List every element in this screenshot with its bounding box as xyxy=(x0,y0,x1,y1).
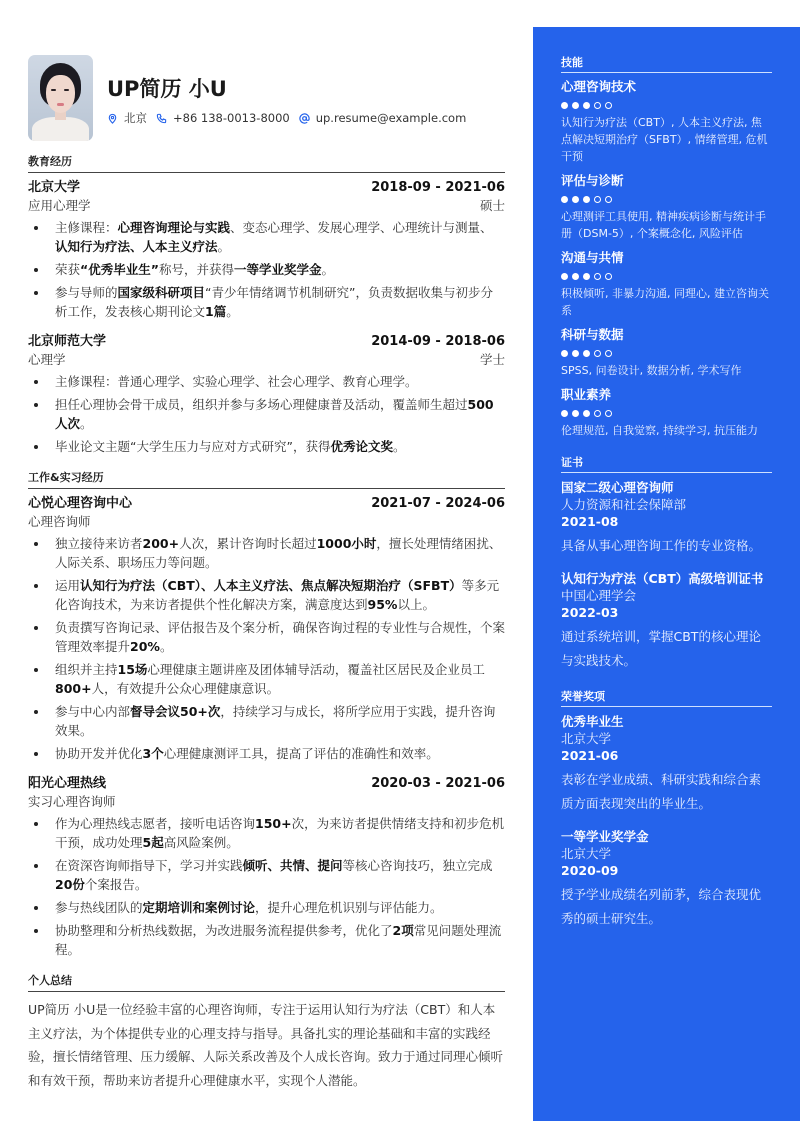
highlight-text: 2项 xyxy=(393,923,414,938)
item-description: 授予学业成绩名列前茅，综合表现优秀的硕士研究生。 xyxy=(561,883,772,931)
skill-name: 沟通与共情 xyxy=(561,249,772,267)
map-pin-icon xyxy=(107,113,118,124)
bullet-text: 荣获 xyxy=(55,262,80,277)
bullet-item: 作为心理热线志愿者，接听电话咨询150+次，为来访者提供情绪支持和初步危机干预，… xyxy=(28,814,505,852)
skill-rating xyxy=(561,101,772,109)
bullet-text: 。 xyxy=(226,304,239,319)
certificate-item: 认知行为疗法（CBT）高级培训证书中国心理学会2022-03通过系统培训，掌握C… xyxy=(561,570,772,673)
filled-dot-icon xyxy=(572,273,579,280)
section-title: 技能 xyxy=(561,55,772,73)
bullet-list: 主修课程：心理咨询理论与实践、变态心理学、发展心理学、心理统计与测量、认知行为疗… xyxy=(28,218,505,321)
highlight-text: 800+ xyxy=(55,681,92,696)
filled-dot-icon xyxy=(561,196,568,203)
phone-icon xyxy=(156,113,167,124)
skill-keywords: 认知行为疗法（CBT）, 人本主义疗法, 焦点解决短期治疗（SFBT）, 情绪管… xyxy=(561,114,772,165)
filled-dot-icon xyxy=(583,102,590,109)
empty-dot-icon xyxy=(594,273,601,280)
bullet-item: 组织并主持15场心理健康主题讲座及团体辅导活动，覆盖社区居民及企业员工800+人… xyxy=(28,660,505,698)
filled-dot-icon xyxy=(572,102,579,109)
work-entry: 心悦心理咨询中心 2021-07 - 2024-06 心理咨询师 独立接待来访者… xyxy=(28,495,505,763)
section-title: 教育经历 xyxy=(28,154,505,173)
filled-dot-icon xyxy=(572,410,579,417)
skill-item: 心理咨询技术认知行为疗法（CBT）, 人本主义疗法, 焦点解决短期治疗（SFBT… xyxy=(561,78,772,165)
award-item: 一等学业奖学金北京大学2020-09授予学业成绩名列前茅，综合表现优秀的硕士研究… xyxy=(561,828,772,931)
location-text: 北京 xyxy=(124,110,147,126)
education-entry: 北京大学 2018-09 - 2021-06 应用心理学 硕士 主修课程：心理咨… xyxy=(28,179,505,321)
skill-item: 职业素养伦理规范, 自我觉察, 持续学习, 抗压能力 xyxy=(561,386,772,439)
filled-dot-icon xyxy=(583,196,590,203)
empty-dot-icon xyxy=(605,196,612,203)
date-range: 2018-09 - 2021-06 xyxy=(371,179,505,197)
bullet-item: 主修课程：心理咨询理论与实践、变态心理学、发展心理学、心理统计与测量、认知行为疗… xyxy=(28,218,505,256)
highlight-text: 5起 xyxy=(143,835,164,850)
skill-name: 科研与数据 xyxy=(561,326,772,344)
section-title: 个人总结 xyxy=(28,973,505,992)
school-name: 北京师范大学 xyxy=(28,333,106,351)
skill-rating xyxy=(561,409,772,417)
bullet-item: 主修课程：普通心理学、实验心理学、社会心理学、教育心理学。 xyxy=(28,372,505,391)
bullet-item: 在资深咨询师指导下，学习并实践倾听、共情、提问等核心咨询技巧，独立完成20份个案… xyxy=(28,856,505,894)
skill-keywords: SPSS, 问卷设计, 数据分析, 学术写作 xyxy=(561,362,772,379)
contact-phone: +86 138-0013-8000 xyxy=(156,111,290,125)
empty-dot-icon xyxy=(594,350,601,357)
bullet-item: 毕业论文主题“大学生压力与应对方式研究”，获得优秀论文奖。 xyxy=(28,437,505,456)
bullet-text: 心理健康主题讲座及团体辅导活动，覆盖社区居民及企业员工 xyxy=(147,662,485,677)
skill-item: 沟通与共情积极倾听, 非暴力沟通, 同理心, 建立咨询关系 xyxy=(561,249,772,319)
highlight-text: 优秀论文奖 xyxy=(330,439,393,454)
highlight-text: 定期培训和案例讨论 xyxy=(143,900,256,915)
resume-header: UP简历 小U 北京 +86 138-0013-8000 up.resume@e… xyxy=(28,54,505,141)
bullet-item: 荣获“优秀毕业生”称号，并获得一等学业奖学金。 xyxy=(28,260,505,279)
main-column: UP简历 小U 北京 +86 138-0013-8000 up.resume@e… xyxy=(28,54,505,1092)
empty-dot-icon xyxy=(594,102,601,109)
bullet-text: 。 xyxy=(160,639,173,654)
skills-list: 心理咨询技术认知行为疗法（CBT）, 人本主义疗法, 焦点解决短期治疗（SFBT… xyxy=(561,78,772,439)
bullet-text: 。 xyxy=(218,239,231,254)
item-title: 一等学业奖学金 xyxy=(561,828,772,845)
bullet-text: 高风险案例。 xyxy=(164,835,239,850)
item-date: 2021-08 xyxy=(561,513,772,530)
bullet-item: 担任心理协会骨干成员，组织并参与多场心理健康普及活动，覆盖师生超过500人次。 xyxy=(28,395,505,433)
item-description: 通过系统培训，掌握CBT的核心理论与实践技术。 xyxy=(561,625,772,673)
item-title: 认知行为疗法（CBT）高级培训证书 xyxy=(561,570,772,587)
highlight-text: 150+ xyxy=(255,816,292,831)
skills-section: 技能 心理咨询技术认知行为疗法（CBT）, 人本主义疗法, 焦点解决短期治疗（S… xyxy=(561,55,772,439)
bullet-text: 心理健康测评工具，提高了评估的准确性和效率。 xyxy=(164,746,439,761)
awards-list: 优秀毕业生北京大学2021-06表彰在学业成绩、科研实践和综合素质方面表现突出的… xyxy=(561,713,772,931)
bullet-text: 等核心咨询技巧，独立完成 xyxy=(343,858,493,873)
bullet-list: 主修课程：普通心理学、实验心理学、社会心理学、教育心理学。担任心理协会骨干成员，… xyxy=(28,372,505,456)
bullet-text: 。 xyxy=(321,262,334,277)
bullet-text: 主修课程：普通心理学、实验心理学、社会心理学、教育心理学。 xyxy=(55,374,418,389)
sidebar: 技能 心理咨询技术认知行为疗法（CBT）, 人本主义疗法, 焦点解决短期治疗（S… xyxy=(533,27,800,1121)
filled-dot-icon xyxy=(572,350,579,357)
work-entry: 阳光心理热线 2020-03 - 2021-06 实习心理咨询师 作为心理热线志… xyxy=(28,775,505,959)
filled-dot-icon xyxy=(561,273,568,280)
bullet-text: 参与导师的 xyxy=(55,285,118,300)
filled-dot-icon xyxy=(572,196,579,203)
certificates-list: 国家二级心理咨询师人力资源和社会保障部2021-08具备从事心理咨询工作的专业资… xyxy=(561,479,772,673)
bullet-text: 组织并主持 xyxy=(55,662,118,677)
highlight-text: 20份 xyxy=(55,877,85,892)
bullet-text: 、变态心理学、发展心理学、心理统计与测量、 xyxy=(230,220,493,235)
empty-dot-icon xyxy=(605,410,612,417)
contact-email: up.resume@example.com xyxy=(299,111,467,125)
skill-item: 评估与诊断心理测评工具使用, 精神疾病诊断与统计手册（DSM-5）, 个案概念化… xyxy=(561,172,772,242)
highlight-text: 倾听、共情、提问 xyxy=(243,858,343,873)
bullet-text: 运用 xyxy=(55,578,80,593)
skill-name: 评估与诊断 xyxy=(561,172,772,190)
filled-dot-icon xyxy=(561,350,568,357)
skill-rating xyxy=(561,349,772,357)
bullet-item: 运用认知行为疗法（CBT）、人本主义疗法、焦点解决短期治疗（SFBT）等多元化咨… xyxy=(28,576,505,614)
work-section: 工作&实习经历 心悦心理咨询中心 2021-07 - 2024-06 心理咨询师… xyxy=(28,470,505,959)
skill-keywords: 伦理规范, 自我觉察, 持续学习, 抗压能力 xyxy=(561,422,772,439)
item-description: 具备从事心理咨询工作的专业资格。 xyxy=(561,534,772,558)
section-title: 荣誉奖项 xyxy=(561,689,772,707)
candidate-name: UP简历 小U xyxy=(107,75,475,103)
bullet-text: 毕业论文主题“大学生压力与应对方式研究”，获得 xyxy=(55,439,330,454)
empty-dot-icon xyxy=(605,350,612,357)
item-title: 国家二级心理咨询师 xyxy=(561,479,772,496)
identity-block: UP简历 小U 北京 +86 138-0013-8000 up.resume@e… xyxy=(107,69,475,126)
award-item: 优秀毕业生北京大学2021-06表彰在学业成绩、科研实践和综合素质方面表现突出的… xyxy=(561,713,772,816)
degree: 学士 xyxy=(480,351,505,368)
skill-name: 职业素养 xyxy=(561,386,772,404)
bullet-item: 参与中心内部督导会议50+次，持续学习与成长，将所学应用于实践，提升咨询效果。 xyxy=(28,702,505,740)
highlight-text: 督导会议50+次 xyxy=(130,704,220,719)
skill-item: 科研与数据SPSS, 问卷设计, 数据分析, 学术写作 xyxy=(561,326,772,379)
bullet-list: 独立接待来访者200+人次，累计咨询时长超过1000小时，擅长处理情绪困扰、人际… xyxy=(28,534,505,763)
issuer: 北京大学 xyxy=(561,845,772,862)
highlight-text: 认知行为疗法（CBT）、人本主义疗法、焦点解决短期治疗（SFBT） xyxy=(80,578,462,593)
bullet-item: 负责撰写咨询记录、评估报告及个案分析，确保咨询过程的专业性与合规性，个案管理效率… xyxy=(28,618,505,656)
education-entry: 北京师范大学 2014-09 - 2018-06 心理学 学士 主修课程：普通心… xyxy=(28,333,505,456)
major: 应用心理学 xyxy=(28,197,91,214)
bullet-item: 参与导师的国家级科研项目“青少年情绪调节机制研究”，负责数据收集与初步分析工作，… xyxy=(28,283,505,321)
education-section: 教育经历 北京大学 2018-09 - 2021-06 应用心理学 硕士 主修课… xyxy=(28,154,505,456)
empty-dot-icon xyxy=(605,273,612,280)
item-title: 优秀毕业生 xyxy=(561,713,772,730)
summary-section: 个人总结 UP简历 小U是一位经验丰富的心理咨询师，专注于运用认知行为疗法（CB… xyxy=(28,973,505,1092)
skill-rating xyxy=(561,195,772,203)
bullet-text: 负责撰写咨询记录、评估报告及个案分析，确保咨询过程的专业性与合规性，个案管理效率… xyxy=(55,620,505,654)
bullet-text: 人次，累计咨询时长超过 xyxy=(179,536,317,551)
school-name: 北京大学 xyxy=(28,179,80,197)
section-title: 工作&实习经历 xyxy=(28,470,505,489)
filled-dot-icon xyxy=(561,410,568,417)
skill-name: 心理咨询技术 xyxy=(561,78,772,96)
highlight-text: 95% xyxy=(368,597,398,612)
filled-dot-icon xyxy=(583,350,590,357)
highlight-text: 认知行为疗法、人本主义疗法 xyxy=(55,239,218,254)
awards-section: 荣誉奖项 优秀毕业生北京大学2021-06表彰在学业成绩、科研实践和综合素质方面… xyxy=(561,689,772,931)
item-date: 2020-09 xyxy=(561,862,772,879)
summary-text: UP简历 小U是一位经验丰富的心理咨询师，专注于运用认知行为疗法（CBT）和人本… xyxy=(28,998,505,1092)
at-sign-icon xyxy=(299,113,310,124)
section-title: 证书 xyxy=(561,455,772,473)
filled-dot-icon xyxy=(583,410,590,417)
avatar-photo xyxy=(28,55,93,141)
bullet-item: 参与热线团队的定期培训和案例讨论，提升心理危机识别与评估能力。 xyxy=(28,898,505,917)
highlight-text: 3个 xyxy=(143,746,164,761)
bullet-text: 。 xyxy=(393,439,406,454)
date-range: 2014-09 - 2018-06 xyxy=(371,333,505,351)
highlight-text: “优秀毕业生” xyxy=(80,262,159,277)
skill-keywords: 心理测评工具使用, 精神疾病诊断与统计手册（DSM-5）, 个案概念化, 风险评… xyxy=(561,208,772,242)
item-date: 2021-06 xyxy=(561,747,772,764)
bullet-text: 参与热线团队的 xyxy=(55,900,143,915)
certificate-item: 国家二级心理咨询师人力资源和社会保障部2021-08具备从事心理咨询工作的专业资… xyxy=(561,479,772,558)
bullet-text: 协助开发并优化 xyxy=(55,746,143,761)
empty-dot-icon xyxy=(594,410,601,417)
bullet-text: 在资深咨询师指导下，学习并实践 xyxy=(55,858,243,873)
item-description: 表彰在学业成绩、科研实践和综合素质方面表现突出的毕业生。 xyxy=(561,768,772,816)
issuer: 北京大学 xyxy=(561,730,772,747)
highlight-text: 心理咨询理论与实践 xyxy=(118,220,231,235)
empty-dot-icon xyxy=(605,102,612,109)
date-range: 2021-07 - 2024-06 xyxy=(371,495,505,513)
bullet-item: 协助开发并优化3个心理健康测评工具，提高了评估的准确性和效率。 xyxy=(28,744,505,763)
highlight-text: 1篇 xyxy=(205,304,226,319)
bullet-text: 协助整理和分析热线数据，为改进服务流程提供参考，优化了 xyxy=(55,923,393,938)
bullet-text: 独立接待来访者 xyxy=(55,536,143,551)
issuer: 中国心理学会 xyxy=(561,587,772,604)
empty-dot-icon xyxy=(594,196,601,203)
skill-keywords: 积极倾听, 非暴力沟通, 同理心, 建立咨询关系 xyxy=(561,285,772,319)
bullet-text: 。 xyxy=(80,416,93,431)
contact-line: 北京 +86 138-0013-8000 up.resume@example.c… xyxy=(107,110,475,126)
contact-location: 北京 xyxy=(107,110,147,126)
degree: 硕士 xyxy=(480,197,505,214)
bullet-text: 主修课程： xyxy=(55,220,118,235)
company-name: 心悦心理咨询中心 xyxy=(28,495,132,513)
highlight-text: 15场 xyxy=(118,662,148,677)
company-name: 阳光心理热线 xyxy=(28,775,106,793)
bullet-text: 个案报告。 xyxy=(85,877,148,892)
highlight-text: 国家级科研项目 xyxy=(118,285,206,300)
bullet-list: 作为心理热线志愿者，接听电话咨询150+次，为来访者提供情绪支持和初步危机干预，… xyxy=(28,814,505,959)
major: 心理学 xyxy=(28,351,66,368)
job-title: 心理咨询师 xyxy=(28,513,91,530)
date-range: 2020-03 - 2021-06 xyxy=(371,775,505,793)
highlight-text: 200+ xyxy=(143,536,180,551)
email-link[interactable]: up.resume@example.com xyxy=(316,111,467,125)
job-title: 实习心理咨询师 xyxy=(28,793,116,810)
filled-dot-icon xyxy=(583,273,590,280)
bullet-text: 参与中心内部 xyxy=(55,704,130,719)
phone-text[interactable]: +86 138-0013-8000 xyxy=(173,111,290,125)
issuer: 人力资源和社会保障部 xyxy=(561,496,772,513)
highlight-text: 20% xyxy=(130,639,160,654)
bullet-text: 人，有效提升公众心理健康意识。 xyxy=(92,681,280,696)
bullet-text: 担任心理协会骨干成员，组织并参与多场心理健康普及活动，覆盖师生超过 xyxy=(55,397,468,412)
skill-rating xyxy=(561,272,772,280)
bullet-text: 作为心理热线志愿者，接听电话咨询 xyxy=(55,816,255,831)
bullet-item: 独立接待来访者200+人次，累计咨询时长超过1000小时，擅长处理情绪困扰、人际… xyxy=(28,534,505,572)
highlight-text: 一等学业奖学金 xyxy=(234,262,322,277)
bullet-text: ，提升心理危机识别与评估能力。 xyxy=(255,900,443,915)
bullet-text: 称号，并获得 xyxy=(159,262,234,277)
highlight-text: 1000小时 xyxy=(317,536,377,551)
certificates-section: 证书 国家二级心理咨询师人力资源和社会保障部2021-08具备从事心理咨询工作的… xyxy=(561,455,772,673)
bullet-item: 协助整理和分析热线数据，为改进服务流程提供参考，优化了2项常见问题处理流程。 xyxy=(28,921,505,959)
bullet-text: 以上。 xyxy=(397,597,435,612)
filled-dot-icon xyxy=(561,102,568,109)
item-date: 2022-03 xyxy=(561,604,772,621)
